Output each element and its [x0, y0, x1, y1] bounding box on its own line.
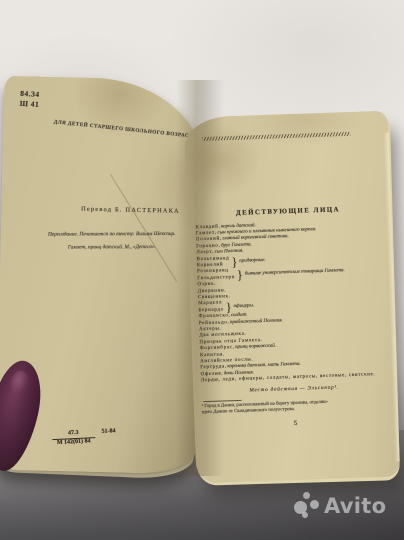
library-code-line1: 84.34 [20, 89, 40, 100]
catalog-side-code: 51-84 [101, 428, 115, 436]
cast-name: Фортинбрас [200, 345, 233, 351]
brace-glyph: } [237, 271, 243, 278]
avito-watermark: Avito [294, 491, 386, 521]
cast-name: Два могильщика [199, 332, 244, 339]
edition-note-line2: Гамлет, принц датский. М., «Детгиз». [19, 240, 205, 253]
cast-name: Актеры [199, 327, 220, 333]
cast-desc: . [244, 332, 245, 337]
cast-name: Франциско [199, 313, 229, 319]
brace-glyph: } [226, 304, 232, 311]
footnote-rule [204, 399, 242, 401]
cast-name: Гамлет [196, 231, 215, 237]
cast-desc: , сын Полония. [212, 249, 243, 255]
age-category-stamp: ДЛЯ ДЕТЕЙ СТАРШЕГО ШКОЛЬНОГО ВОЗРАСТА [53, 119, 197, 140]
cast-group-desc: бывшие университетские товарищи Гамлета. [245, 268, 345, 278]
catalog-denominator: М 142(01) 84 [52, 437, 95, 447]
catalog-codes: 47.3 М 142(01) 84 51-84 [52, 428, 116, 447]
cast-desc: . [229, 294, 230, 299]
edition-note-line1: Переиздание. Печатается по тексту: Вилья… [19, 228, 205, 241]
avito-dot-icon [302, 512, 308, 518]
cast-name: Озрик [197, 282, 214, 288]
cast-name: Гертруда [200, 365, 225, 371]
cast-desc: , главный королевский советник. [220, 234, 289, 241]
avito-dot-icon [303, 492, 310, 499]
translator-line: Перевод Б. ПАСТЕРНАКА [57, 205, 203, 215]
cast-group-desc: офицеры. [234, 303, 255, 310]
cast-name: Капитан [200, 352, 223, 358]
cast-desc: , приближенный Полония. [227, 318, 282, 325]
cast-desc: , король датский. [219, 223, 256, 229]
scene-location-note: Место действия — Эльсинор¹. [201, 382, 387, 394]
cast-name: Горацио [196, 243, 219, 249]
cast-desc: . [224, 288, 225, 293]
fingernail-highlight [8, 369, 31, 398]
cast-desc: , принц норвежский. [233, 344, 276, 351]
photo-scene: 84.34 Ш 41 ДЛЯ ДЕТЕЙ СТАРШЕГО ШКОЛЬНОГО … [0, 0, 404, 540]
cast-desc: . [261, 338, 262, 343]
library-classification-code: 84.34 Ш 41 [19, 89, 40, 109]
cast-desc: . [219, 327, 220, 332]
cast-name: Офелия [201, 371, 222, 377]
cast-desc: . [251, 357, 252, 362]
cast-desc: , королева датская, мать Гамлета. [225, 362, 301, 370]
cast-desc: . [214, 282, 215, 287]
cast-name: Рейнальдо [199, 320, 228, 326]
edition-note: Переиздание. Печатается по тексту: Вилья… [19, 228, 205, 254]
page-number: 5 [202, 416, 388, 429]
catalog-fraction: 47.3 М 142(01) 84 [52, 429, 95, 447]
cast-desc: , друг Гамлета. [219, 242, 252, 248]
library-code-line2: Ш 41 [19, 98, 39, 109]
brace-glyph: } [231, 258, 237, 265]
dramatis-personae-header: ДЕЙСТВУЮЩИЕ ЛИЦА [195, 204, 381, 217]
cast-name: Священник [198, 294, 229, 300]
cast-name: Клавдий [195, 224, 218, 230]
cast-name: Лаэрт [196, 250, 212, 256]
cast-name: Полоний [196, 237, 220, 243]
decorative-hatch-rule [202, 132, 350, 141]
avito-wordmark: Avito [324, 494, 386, 518]
cast-desc: . [223, 352, 224, 357]
avito-dot-icon [310, 500, 319, 509]
avito-logo-icon [294, 491, 321, 521]
right-page: ДЕЙСТВУЮЩИЕ ЛИЦА Клавдий, король датский… [184, 111, 401, 484]
cast-list: Клавдий, король датский.Гамлет, сын преж… [195, 218, 386, 385]
cast-desc: , дочь Полония. [221, 370, 254, 376]
cast-group-desc: придворные. [239, 258, 266, 265]
cast-name: Дворянин [198, 288, 225, 294]
